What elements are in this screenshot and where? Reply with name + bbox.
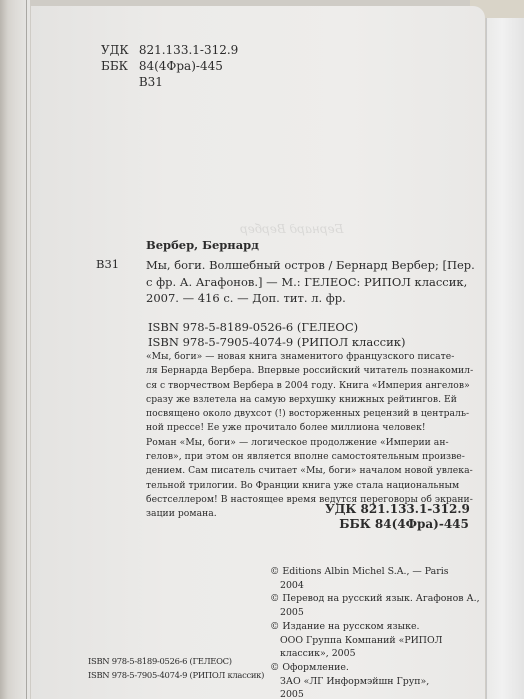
- copyright-icon: ©: [270, 593, 279, 604]
- copyright-line: Editions Albin Michel S.A., — Paris: [282, 566, 448, 577]
- udk-label: УДК: [101, 42, 135, 58]
- annotation-line: гелов», при этом он является вполне само…: [146, 450, 452, 464]
- annotation-line: «Мы, боги» — новая книга знаменитого фра…: [146, 350, 452, 364]
- copyright-line: классик», 2005: [270, 647, 480, 661]
- bbk-label: ББК: [101, 58, 135, 74]
- footer-isbn-ripol: ISBN 978-5-7905-4074-9 (РИПОЛ классик): [88, 669, 264, 683]
- header-classification-codes: УДК 821.133.1-312.9 ББК 84(4Фра)-445 В31: [101, 42, 238, 90]
- description-line: Мы, боги. Волшебный остров / Бернард Вер…: [146, 257, 446, 274]
- annotation-line: тельной трилогии. Во Франции книга уже с…: [146, 479, 452, 493]
- facing-page-edge: [486, 18, 524, 699]
- copyright-line: 2005: [270, 688, 480, 699]
- annotation-line: дением. Сам писатель считает «Мы, боги» …: [146, 464, 452, 478]
- copyright-icon: ©: [270, 621, 279, 632]
- footer-udk: УДК 821.133.1-312.9: [325, 502, 470, 517]
- footer-isbn-block: ISBN 978-5-8189-0526-6 (ГЕЛЕОС) ISBN 978…: [88, 655, 264, 682]
- copyright-icon: ©: [270, 662, 279, 673]
- copyright-line: Оформление.: [282, 662, 349, 673]
- footer-bbk: ББК 84(4Фра)-445: [325, 517, 470, 532]
- annotation-line: сразу же взлетела на самую верхушку книж…: [146, 393, 452, 407]
- udk-value: 821.133.1-312.9: [139, 42, 238, 58]
- bbk-value: 84(4Фра)-445: [139, 58, 223, 74]
- annotation-line: ся с творчеством Вербера в 2004 году. Кн…: [146, 379, 452, 393]
- copyright-line: ЗАО «ЛГ Информэйшн Груп»,: [270, 675, 480, 689]
- footer-isbn-geleos: ISBN 978-5-8189-0526-6 (ГЕЛЕОС): [88, 655, 264, 669]
- isbn-ripol: ISBN 978-5-7905-4074-9 (РИПОЛ классик): [148, 335, 405, 350]
- footer-classification-codes: УДК 821.133.1-312.9 ББК 84(4Фра)-445: [325, 502, 470, 532]
- copyright-line: 2005: [270, 606, 480, 620]
- bibliographic-description: Мы, боги. Волшебный остров / Бернард Вер…: [146, 257, 446, 307]
- catalog-author-mark: В31: [96, 257, 119, 271]
- copyright-line: Перевод на русский язык. Агафонов А.,: [282, 593, 479, 604]
- annotation-text: «Мы, боги» — новая книга знаменитого фра…: [146, 350, 452, 522]
- copyright-line: ООО Группа Компаний «РИПОЛ: [270, 634, 480, 648]
- isbn-geleos: ISBN 978-5-8189-0526-6 (ГЕЛЕОС): [148, 320, 405, 335]
- catalog-author: Вербер, Бернард: [146, 238, 259, 252]
- catalog-isbn-block: ISBN 978-5-8189-0526-6 (ГЕЛЕОС) ISBN 978…: [148, 320, 405, 350]
- author-mark: В31: [139, 74, 163, 90]
- description-line: с фр. А. Агафонов.] — М.: ГЕЛЕОС: РИПОЛ …: [146, 274, 446, 291]
- copyright-line: Издание на русском языке.: [282, 621, 419, 632]
- show-through-text: Бернард Вербер: [240, 222, 343, 236]
- copyright-block: © Editions Albin Michel S.A., — Paris 20…: [270, 565, 480, 699]
- copyright-line: 2004: [270, 579, 480, 593]
- page-stack-line: [26, 0, 27, 699]
- annotation-line: ной прессе! Ее уже прочитало более милли…: [146, 421, 452, 435]
- copyright-icon: ©: [270, 566, 279, 577]
- annotation-line: посвящено около двухсот (!) восторженных…: [146, 407, 452, 421]
- annotation-line: Роман «Мы, боги» — логическое продолжени…: [146, 436, 452, 450]
- description-line: 2007. — 416 с. — Доп. тит. л. фр.: [146, 290, 446, 307]
- annotation-line: ля Бернарда Вербера. Впервые российский …: [146, 364, 452, 378]
